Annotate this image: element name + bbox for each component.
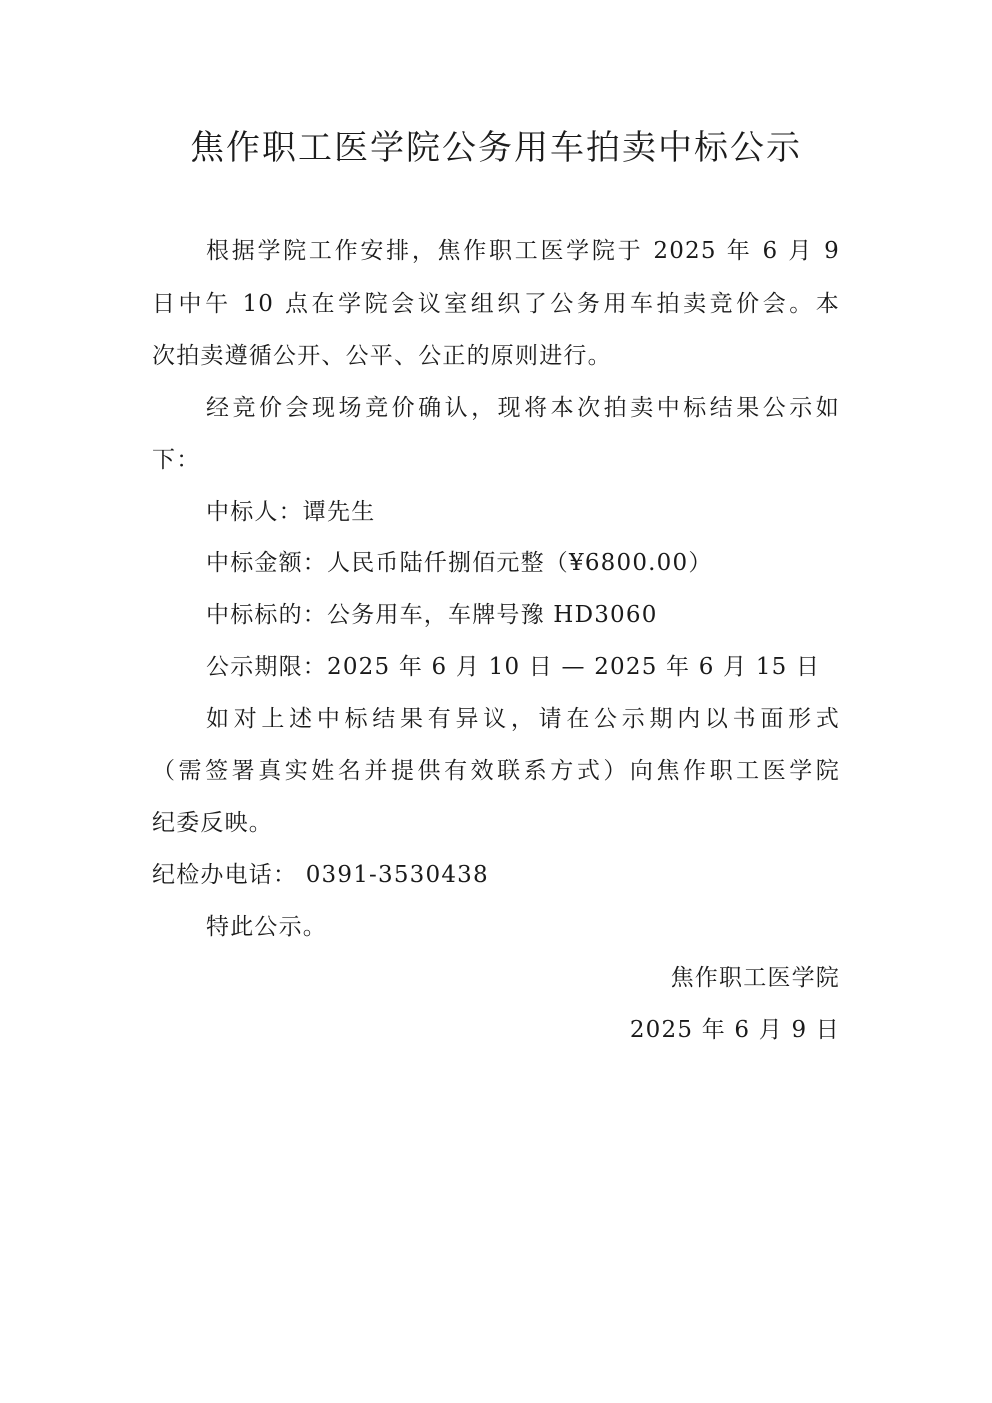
signature-organization: 焦作职工医学院 bbox=[671, 963, 840, 993]
phone-line: 纪检办电话： 0391-3530438 bbox=[152, 860, 840, 890]
document-page: 焦作职工医学院公务用车拍卖中标公示 根据学院工作安排，焦作职工医学院于 2025… bbox=[0, 0, 992, 1403]
intro-line-3: 次拍卖遵循公开、公平、公正的原则进行。 bbox=[152, 341, 840, 371]
period-line: 公示期限：2025 年 6 月 10 日 — 2025 年 6 月 15 日 bbox=[206, 652, 840, 682]
objection-line-1: 如对上述中标结果有异议，请在公示期内以书面形式 bbox=[206, 704, 840, 734]
subject-line: 中标标的：公务用车，车牌号豫 HD3060 bbox=[206, 600, 840, 630]
closing-line: 特此公示。 bbox=[206, 912, 840, 942]
amount-line: 中标金额：人民币陆仟捌佰元整（¥6800.00） bbox=[206, 548, 840, 578]
intro-line-1: 根据学院工作安排，焦作职工医学院于 2025 年 6 月 9 bbox=[206, 236, 840, 266]
objection-line-3: 纪委反映。 bbox=[152, 808, 840, 838]
objection-line-2: （需签署真实姓名并提供有效联系方式）向焦作职工医学院 bbox=[152, 756, 840, 786]
intro-line-2: 日中午 10 点在学院会议室组织了公务用车拍卖竞价会。本 bbox=[152, 289, 840, 319]
winner-line: 中标人：谭先生 bbox=[206, 497, 840, 527]
signature-date: 2025 年 6 月 9 日 bbox=[630, 1015, 840, 1045]
result-intro-line-2: 下： bbox=[152, 445, 840, 475]
document-title: 焦作职工医学院公务用车拍卖中标公示 bbox=[0, 124, 992, 172]
result-intro-line-1: 经竞价会现场竞价确认，现将本次拍卖中标结果公示如 bbox=[206, 393, 840, 423]
